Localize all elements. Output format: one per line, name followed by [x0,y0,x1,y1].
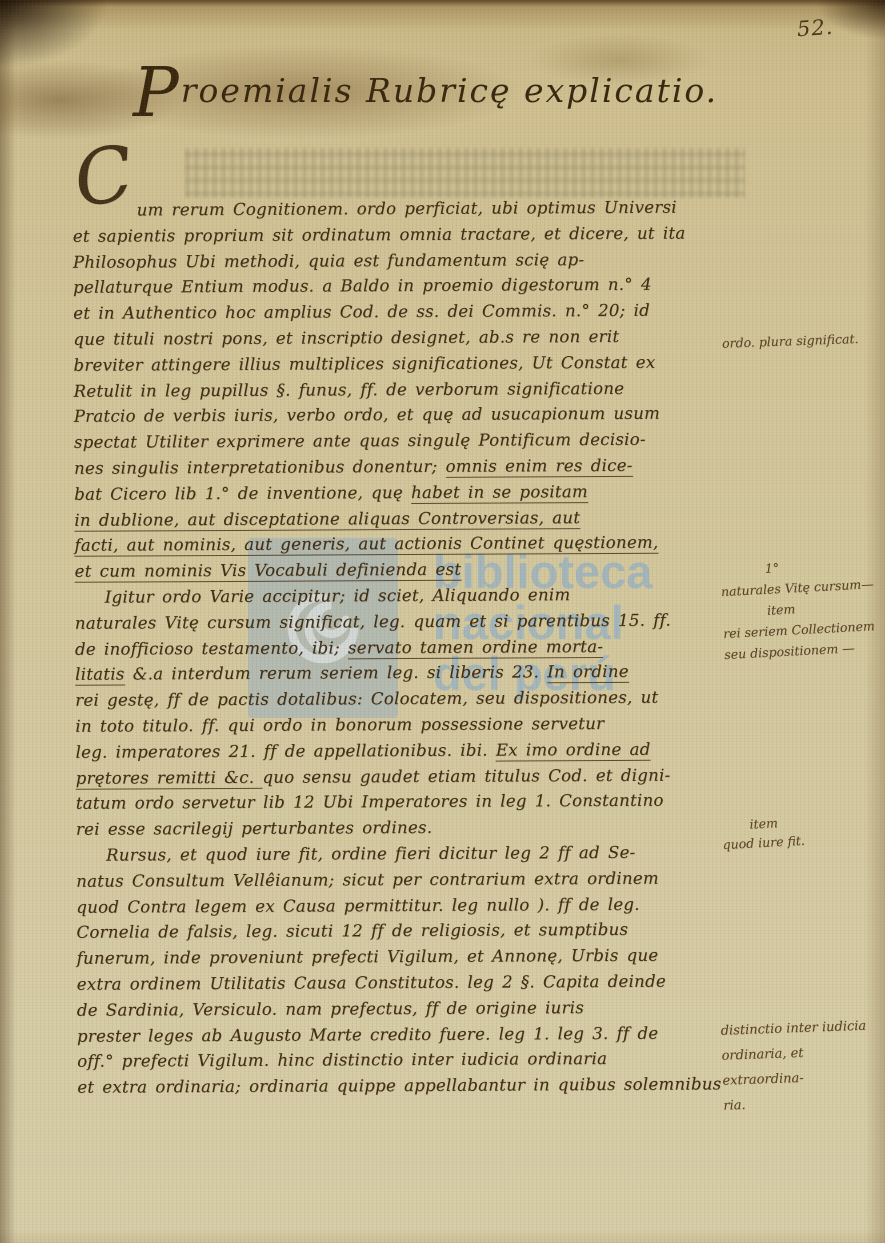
manuscript-line: um rerum Cognitionem. ordo perficiat, ub… [73,194,748,223]
line-segment: off.° prefecti Vigilum. hinc distinctio … [77,1049,607,1071]
line-segment: prętores remitti &c. [76,767,263,789]
margin-note-line: ordo. plura significat. [722,327,881,354]
manuscript-line: bat Cicero lib 1.° de inventione, quę ha… [74,478,749,507]
manuscript-line: spectat Utiliter exprimere ante quas sin… [74,426,749,455]
manuscript-line: que tituli nostri pons, et inscriptio de… [73,323,748,352]
line-segment: Cornelia de falsis, leg. sicuti 12 ff de… [76,920,628,942]
margin-note-quod-iure: item quod iure fit. [721,808,881,854]
line-segment: facti, aut nominis, aut generis, aut act… [74,533,658,557]
line-segment: et in Authentico hoc amplius Cod. de ss.… [73,301,650,323]
ink-bleedthrough-band [185,148,745,198]
manuscript-line: Retulit in leg pupillus §. funus, ff. de… [74,375,749,404]
line-segment: Ex imo ordine ad [496,739,651,761]
line-segment: tatum ordo servetur lib 12 Ubi Imperator… [76,791,664,813]
line-segment: servato tamen ordine morta- [348,637,603,659]
line-segment: In ordine [547,662,629,683]
line-segment: Retulit in leg pupillus §. funus, ff. de… [74,378,625,400]
manuscript-lines: um rerum Cognitionem. ordo perficiat, ub… [73,194,753,1100]
line-segment: nes singulis interpretationibus donentur… [74,457,446,478]
line-segment: um rerum Cognitionem. ordo perficiat, ub… [137,198,677,220]
margin-note-distinctio: distinctio inter iudicia ordinaria, et e… [720,1013,881,1118]
line-segment: Rursus, et quod iure fit, ordine fieri d… [106,843,635,865]
margin-note-line: ordinaria, et extraordina- [721,1038,881,1093]
line-segment: Igitur ordo Varie accipitur; id sciet, A… [105,585,571,606]
line-segment: naturales Vitę cursum significat, leg. q… [75,610,671,632]
manuscript-line: Rursus, et quod iure fit, ordine fieri d… [76,839,751,868]
title-drop-cap: P [133,54,181,133]
line-segment: et extra ordinaria; ordinaria quippe app… [77,1074,721,1096]
margin-note-naturales: 1° naturales Vitę cursum— item rei serie… [719,552,882,665]
manuscript-line: naturales Vitę cursum significat, leg. q… [75,607,750,636]
manuscript-line: Igitur ordo Varie accipitur; id sciet, A… [75,581,750,610]
manuscript-line: off.° prefecti Vigilum. hinc distinctio … [77,1046,752,1075]
line-segment: litatis [75,665,125,686]
manuscript-line: prętores remitti &c. quo sensu gaudet et… [76,762,751,791]
paragraph-drop-cap: C [73,160,135,194]
manuscript-line: extra ordinem Utilitatis Causa Constitut… [77,968,752,997]
manuscript-line: pellaturque Entium modus. a Baldo in pro… [73,272,748,301]
manuscript-line: Pratcio de verbis iuris, verbo ordo, et … [74,401,749,430]
line-segment: quod Contra legem ex Causa permittitur. … [76,894,640,916]
manuscript-line: facti, aut nominis, aut generis, aut act… [74,530,749,559]
manuscript-line: et in Authentico hoc amplius Cod. de ss.… [73,297,748,326]
line-segment: Philosophus Ubi methodi, quia est fundam… [73,250,584,272]
manuscript-line: et sapientis proprium sit ordinatum omni… [73,220,748,249]
line-segment: leg. imperatores 21. ff de appellationib… [75,740,495,761]
manuscript-line: rei esse sacrilegij perturbantes ordines… [76,813,751,842]
line-segment: rei esse sacrilegij perturbantes ordines… [76,818,433,839]
manuscript-line: in dublione, aut disceptatione aliquas C… [74,504,749,533]
manuscript-line: nes singulis interpretationibus donentur… [74,452,749,481]
page-title: Proemialis Rubricę explicatio. [133,64,718,124]
title-text: roemialis Rubricę explicatio. [181,71,718,110]
manuscript-line: et cum nominis Vis Vocabuli definienda e… [75,555,750,584]
line-segment: de inofficioso testamento, ibi; [75,638,348,658]
line-segment: et cum nominis Vis Vocabuli definienda e… [75,560,462,583]
manuscript-line: in toto titulo. ff. qui ordo in bonorum … [75,710,750,739]
line-segment: &.a interdum rerum seriem leg. si liberi… [125,663,548,684]
line-segment: funerum, inde proveniunt prefecti Vigilu… [77,946,659,968]
manuscript-line: tatum ordo servetur lib 12 Ubi Imperator… [76,788,751,817]
line-segment: habet in se positam [411,482,588,504]
manuscript-body: C um rerum Cognitionem. ordo perficiat, … [73,194,753,1100]
line-segment: breviter attingere illius multiplices si… [73,353,655,375]
line-segment: omnis enim res dice- [446,456,633,478]
manuscript-line: Philosophus Ubi methodi, quia est fundam… [73,246,748,275]
line-segment: de Sardinia, Versiculo. nam prefectus, f… [77,998,584,1020]
manuscript-line: prester leges ab Augusto Marte credito f… [77,1020,752,1049]
line-segment: bat Cicero lib 1.° de inventione, quę [74,483,411,504]
manuscript-line: breviter attingere illius multiplices si… [73,349,748,378]
line-segment: natus Consultum Vellêianum; sicut per co… [76,868,659,890]
page-number: 52. [796,15,834,41]
manuscript-line: natus Consultum Vellêianum; sicut per co… [76,865,751,894]
manuscript-line: de Sardinia, Versiculo. nam prefectus, f… [77,994,752,1023]
manuscript-page: 52. Proemialis Rubricę explicatio. bibli… [0,0,885,1243]
line-segment: pellaturque Entium modus. a Baldo in pro… [73,275,652,297]
line-segment: que tituli nostri pons, et inscriptio de… [73,327,619,349]
line-segment: in toto titulo. ff. qui ordo in bonorum … [75,714,604,736]
margin-note-ordo-plura: ordo. plura significat. [722,327,881,354]
manuscript-line: funerum, inde proveniunt prefecti Vigilu… [77,942,752,971]
line-segment: prester leges ab Augusto Marte credito f… [77,1023,658,1045]
manuscript-line: rei gestę, ff de pactis dotalibus: Coloc… [75,684,750,713]
manuscript-line: quod Contra legem ex Causa permittitur. … [76,891,751,920]
line-segment: rei gestę, ff de pactis dotalibus: Coloc… [75,688,658,710]
manuscript-line: leg. imperatores 21. ff de appellationib… [75,736,750,765]
line-segment: extra ordinem Utilitatis Causa Constitut… [77,972,666,994]
manuscript-line: et extra ordinaria; ordinaria quippe app… [77,1071,752,1100]
line-segment: Pratcio de verbis iuris, verbo ordo, et … [74,404,660,426]
line-segment: et sapientis proprium sit ordinatum omni… [73,223,686,245]
manuscript-line: litatis &.a interdum rerum seriem leg. s… [75,659,750,688]
line-segment: quo sensu gaudet etiam titulus Cod. et d… [262,765,670,786]
line-segment: spectat Utiliter exprimere ante quas sin… [74,430,646,452]
line-segment: in dublione, aut disceptatione aliquas C… [74,508,580,532]
manuscript-line: Cornelia de falsis, leg. sicuti 12 ff de… [76,917,751,946]
manuscript-line: de inofficioso testamento, ibi; servato … [75,633,750,662]
